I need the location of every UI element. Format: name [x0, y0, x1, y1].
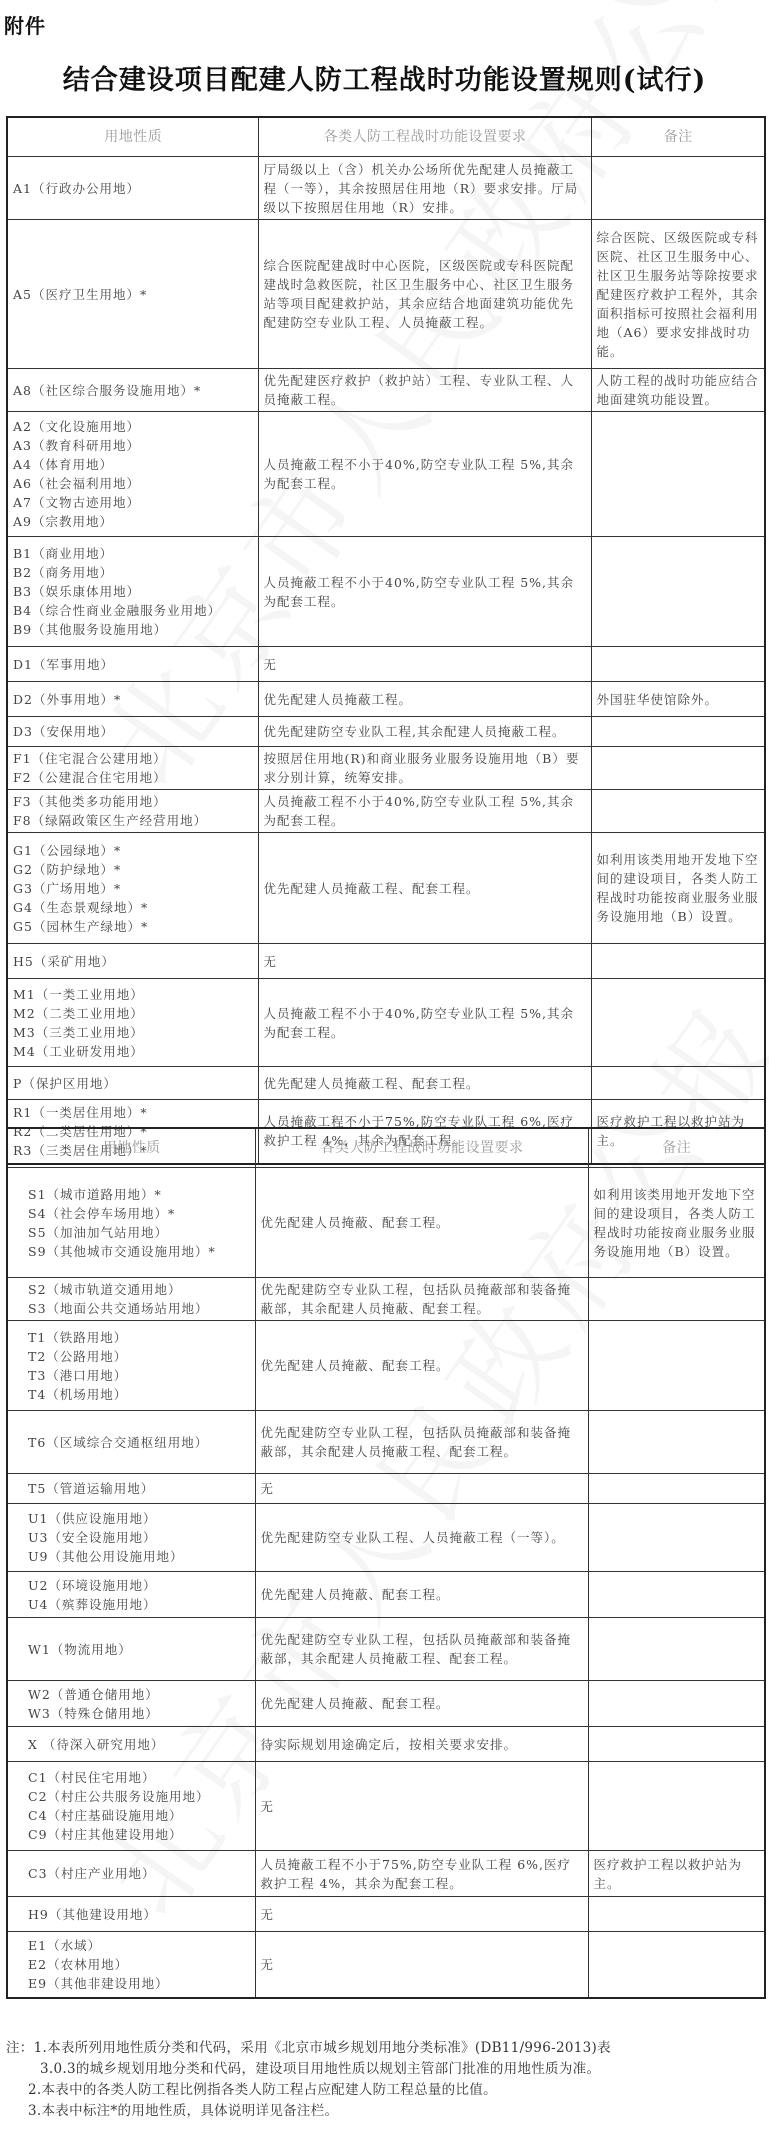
table-row: A1（行政办公用地）厅局级以上（含）机关办公场所优先配建人员掩蔽工程（一等），其…: [7, 157, 765, 220]
table-row: U1（供应设施用地）U3（安全设施用地）U9（其他公用设施用地）优先配建防空专业…: [7, 1504, 765, 1572]
requirement-cell: 按照居住用地(R)和商业服务业服务设施用地（B）要求分别计算，统筹安排。: [258, 747, 591, 790]
land-use-cell: C3（村庄产业用地）: [7, 1851, 255, 1897]
land-use-cell: H9（其他建设用地）: [7, 1897, 255, 1932]
rules-table-part2: 用地性质 各类人防工程战时功能设置要求 备注 S1（城市道路用地）*S4（社会停…: [6, 1127, 766, 1999]
land-use-code: H9（其他建设用地）: [28, 1905, 251, 1924]
land-use-cell: X （待深入研究用地）: [7, 1727, 255, 1762]
remark-cell: [588, 1897, 765, 1932]
land-use-code: D2（外事用地）*: [13, 690, 254, 709]
land-use-cell: D3（安保用地）: [7, 717, 258, 747]
land-use-cell: A2（文化设施用地）A3（教育科研用地）A4（体育用地）A6（社会福利用地）A7…: [7, 412, 258, 537]
land-use-code: U3（安全设施用地）: [28, 1528, 251, 1547]
header-remarks: 备注: [591, 117, 765, 157]
land-use-cell: G1（公园绿地）*G2（防护绿地）*G3（广场用地）*G4（生态景观绿地）*G5…: [7, 833, 258, 944]
remark-cell: [588, 1762, 765, 1851]
table-row: A2（文化设施用地）A3（教育科研用地）A4（体育用地）A6（社会福利用地）A7…: [7, 412, 765, 537]
land-use-cell: T1（铁路用地）T2（公路用地）T3（港口用地）T4（机场用地）: [7, 1321, 255, 1411]
table-body: S1（城市道路用地）*S4（社会停车场用地）*S5（加油加气站用地）S9（其他城…: [7, 1168, 765, 1998]
land-use-cell: F1（住宅混合公建用地）F2（公建混合住宅用地）: [7, 747, 258, 790]
requirement-cell: 人员掩蔽工程不小于40%,防空专业队工程 5%,其余为配套工程。: [258, 537, 591, 647]
remark-cell: [591, 1067, 765, 1100]
land-use-cell: W1（物流用地）: [7, 1618, 255, 1681]
requirement-cell: 优先配建医疗救护（救护站）工程、专业队工程、人员掩蔽工程。: [258, 369, 591, 412]
land-use-code: D1（军事用地）: [13, 655, 254, 674]
note-3: 3.本表中标注*的用地性质，具体说明详见备注栏。: [6, 2101, 766, 2122]
requirement-cell: 优先配建人员掩蔽工程、配套工程。: [258, 833, 591, 944]
requirement-cell: 无: [255, 1474, 588, 1504]
land-use-code: T3（港口用地）: [28, 1366, 251, 1385]
remark-cell: [591, 157, 765, 220]
land-use-cell: U2（环境设施用地）U4（殡葬设施用地）: [7, 1572, 255, 1618]
land-use-code: H5（采矿用地）: [13, 952, 254, 971]
land-use-cell: E1（水域）E2（农林用地）E9（其他非建设用地）: [7, 1932, 255, 1998]
land-use-code: P（保护区用地）: [13, 1074, 254, 1093]
requirement-cell: 优先配建防空专业队工程,其余配建人员掩蔽工程。: [258, 717, 591, 747]
table-row: W1（物流用地）优先配建防空专业队工程，包括队员掩蔽部和装备掩蔽部，其余配建人员…: [7, 1618, 765, 1681]
land-use-cell: H5（采矿用地）: [7, 944, 258, 979]
land-use-cell: W2（普通仓储用地）W3（特殊仓储用地）: [7, 1681, 255, 1727]
land-use-cell: D2（外事用地）*: [7, 682, 258, 717]
remark-cell: [588, 1618, 765, 1681]
requirement-cell: 综合医院配建战时中心医院，区级医院或专科医院配建战时急救医院，社区卫生服务中心、…: [258, 220, 591, 369]
header-land-use: 用地性质: [7, 117, 258, 157]
land-use-code: M2（二类工业用地）: [13, 1004, 254, 1023]
requirement-cell: 优先配建人员掩蔽、配套工程。: [255, 1321, 588, 1411]
land-use-code: W3（特殊仓储用地）: [28, 1704, 251, 1723]
remark-cell: [588, 1278, 765, 1321]
land-use-code: A1（行政办公用地）: [13, 179, 254, 198]
land-use-code: F1（住宅混合公建用地）: [13, 749, 254, 768]
land-use-cell: F3（其他类多功能用地）F8（绿隔政策区生产经营用地）: [7, 790, 258, 833]
land-use-code: C3（村庄产业用地）: [28, 1864, 251, 1883]
requirement-cell: 优先配建人员掩蔽、配套工程。: [255, 1572, 588, 1618]
remark-cell: [591, 537, 765, 647]
land-use-code: B1（商业用地）: [13, 544, 254, 563]
table-row: F1（住宅混合公建用地）F2（公建混合住宅用地）按照居住用地(R)和商业服务业服…: [7, 747, 765, 790]
land-use-code: C9（村庄其他建设用地）: [28, 1825, 251, 1844]
requirement-cell: 优先配建防空专业队工程、人员掩蔽工程（一等）。: [255, 1504, 588, 1572]
table-row: H9（其他建设用地）无: [7, 1897, 765, 1932]
land-use-code: G5（园林生产绿地）*: [13, 917, 254, 936]
requirement-cell: 无: [258, 647, 591, 682]
table-row: X （待深入研究用地）待实际规划用途确定后，按相关要求安排。: [7, 1727, 765, 1762]
remark-cell: [591, 412, 765, 537]
requirement-cell: 优先配建防空专业队工程，包括队员掩蔽部和装备掩蔽部，其余配建人员掩蔽、配套工程。: [255, 1278, 588, 1321]
requirement-cell: 无: [255, 1897, 588, 1932]
land-use-code: M4（工业研发用地）: [13, 1042, 254, 1061]
land-use-code: W1（物流用地）: [28, 1640, 251, 1659]
land-use-code: W2（普通仓储用地）: [28, 1685, 251, 1704]
requirement-cell: 优先配建人员掩蔽工程。: [258, 682, 591, 717]
land-use-code: U1（供应设施用地）: [28, 1509, 251, 1528]
remark-cell: [588, 1681, 765, 1727]
requirement-cell: 人员掩蔽工程不小于40%,防空专业队工程 5%,其余为配套工程。: [258, 979, 591, 1067]
land-use-code: F8（绿隔政策区生产经营用地）: [13, 811, 254, 830]
land-use-code: D3（安保用地）: [13, 722, 254, 741]
land-use-code: A4（体育用地）: [13, 455, 254, 474]
table-row: H5（采矿用地）无: [7, 944, 765, 979]
requirement-cell: 无: [255, 1932, 588, 1998]
land-use-code: R1（一类居住用地）*: [13, 1103, 254, 1122]
land-use-code: S3（地面公共交通场站用地）: [28, 1299, 251, 1318]
land-use-code: F3（其他类多功能用地）: [13, 792, 254, 811]
requirement-cell: 优先配建人员掩蔽工程、配套工程。: [258, 1067, 591, 1100]
land-use-code: U2（环境设施用地）: [28, 1576, 251, 1595]
requirement-cell: 人员掩蔽工程不小于40%,防空专业队工程 5%,其余为配套工程。: [258, 790, 591, 833]
land-use-cell: T5（管道运输用地）: [7, 1474, 255, 1504]
table-row: T1（铁路用地）T2（公路用地）T3（港口用地）T4（机场用地）优先配建人员掩蔽…: [7, 1321, 765, 1411]
land-use-code: U4（殡葬设施用地）: [28, 1595, 251, 1614]
land-use-code: C2（村庄公共服务设施用地）: [28, 1787, 251, 1806]
remark-cell: [588, 1727, 765, 1762]
remark-cell: 如利用该类用地开发地下空间的建设项目，各类人防工程战时功能按商业服务业服务设施用…: [591, 833, 765, 944]
land-use-code: E2（农林用地）: [28, 1955, 251, 1974]
land-use-cell: A5（医疗卫生用地）*: [7, 220, 258, 369]
requirement-cell: 无: [258, 944, 591, 979]
land-use-code: A6（社会福利用地）: [13, 474, 254, 493]
table-row: T5（管道运输用地）无: [7, 1474, 765, 1504]
land-use-code: G2（防护绿地）*: [13, 860, 254, 879]
table-row: P（保护区用地）优先配建人员掩蔽工程、配套工程。: [7, 1067, 765, 1100]
requirement-cell: 优先配建防空专业队工程，包括队员掩蔽部和装备掩蔽部，其余配建人员掩蔽工程、配套工…: [255, 1618, 588, 1681]
land-use-code: S5（加油加气站用地）: [28, 1223, 251, 1242]
land-use-code: A5（医疗卫生用地）*: [13, 285, 254, 304]
table-row: A5（医疗卫生用地）*综合医院配建战时中心医院，区级医院或专科医院配建战时急救医…: [7, 220, 765, 369]
table-row: U2（环境设施用地）U4（殡葬设施用地）优先配建人员掩蔽、配套工程。: [7, 1572, 765, 1618]
land-use-code: C4（村庄基础设施用地）: [28, 1806, 251, 1825]
table-body: A1（行政办公用地）厅局级以上（含）机关办公场所优先配建人员掩蔽工程（一等），其…: [7, 157, 765, 1164]
remark-cell: 外国驻华使馆除外。: [591, 682, 765, 717]
note-1: 注：1.本表所列用地性质分类和代码，采用《北京市城乡规划用地分类标准》(DB11…: [6, 2038, 766, 2059]
land-use-code: S1（城市道路用地）*: [28, 1185, 251, 1204]
land-use-cell: T6（区域综合交通枢纽用地）: [7, 1411, 255, 1474]
table-row: M1（一类工业用地）M2（二类工业用地）M3（三类工业用地）M4（工业研发用地）…: [7, 979, 765, 1067]
requirement-cell: 优先配建防空专业队工程，包括队员掩蔽部和装备掩蔽部，其余配建人员掩蔽工程、配套工…: [255, 1411, 588, 1474]
land-use-cell: B1（商业用地）B2（商务用地）B3（娱乐康体用地）B4（综合性商业金融服务业用…: [7, 537, 258, 647]
document-title: 结合建设项目配建人防工程战时功能设置规则(试行): [0, 58, 769, 97]
land-use-cell: S1（城市道路用地）*S4（社会停车场用地）*S5（加油加气站用地）S9（其他城…: [7, 1168, 255, 1278]
land-use-cell: D1（军事用地）: [7, 647, 258, 682]
land-use-code: C1（村民住宅用地）: [28, 1768, 251, 1787]
table-row: A8（社区综合服务设施用地）*优先配建医疗救护（救护站）工程、专业队工程、人员掩…: [7, 369, 765, 412]
remark-cell: [588, 1504, 765, 1572]
remark-cell: 人防工程的战时功能应结合地面建筑功能设置。: [591, 369, 765, 412]
land-use-code: A8（社区综合服务设施用地）*: [13, 381, 254, 400]
remark-cell: [591, 790, 765, 833]
requirement-cell: 人员掩蔽工程不小于40%,防空专业队工程 5%,其余为配套工程。: [258, 412, 591, 537]
land-use-cell: S2（城市轨道交通用地）S3（地面公共交通场站用地）: [7, 1278, 255, 1321]
table-row: T6（区域综合交通枢纽用地）优先配建防空专业队工程，包括队员掩蔽部和装备掩蔽部，…: [7, 1411, 765, 1474]
header-requirements: 各类人防工程战时功能设置要求: [258, 117, 591, 157]
remark-cell: [588, 1474, 765, 1504]
remark-cell: 医疗救护工程以救护站为主。: [588, 1851, 765, 1897]
land-use-cell: A1（行政办公用地）: [7, 157, 258, 220]
land-use-cell: C1（村民住宅用地）C2（村庄公共服务设施用地）C4（村庄基础设施用地）C9（村…: [7, 1762, 255, 1851]
land-use-code: A3（教育科研用地）: [13, 436, 254, 455]
table-row: D2（外事用地）*优先配建人员掩蔽工程。外国驻华使馆除外。: [7, 682, 765, 717]
remark-cell: 如利用该类用地开发地下空间的建设项目，各类人防工程战时功能按商业服务业服务设施用…: [588, 1168, 765, 1278]
header-land-use: 用地性质: [7, 1128, 255, 1168]
land-use-code: A9（宗教用地）: [13, 512, 254, 531]
land-use-code: F2（公建混合住宅用地）: [13, 768, 254, 787]
land-use-code: M1（一类工业用地）: [13, 985, 254, 1004]
table-row: B1（商业用地）B2（商务用地）B3（娱乐康体用地）B4（综合性商业金融服务业用…: [7, 537, 765, 647]
land-use-cell: M1（一类工业用地）M2（二类工业用地）M3（三类工业用地）M4（工业研发用地）: [7, 979, 258, 1067]
attachment-label: 附件: [4, 10, 46, 39]
remark-cell: [588, 1321, 765, 1411]
land-use-code: G1（公园绿地）*: [13, 841, 254, 860]
land-use-code: T1（铁路用地）: [28, 1328, 251, 1347]
land-use-code: B3（娱乐康体用地）: [13, 582, 254, 601]
land-use-code: S9（其他城市交通设施用地）*: [28, 1242, 251, 1261]
land-use-code: G4（生态景观绿地）*: [13, 898, 254, 917]
table-row: C3（村庄产业用地）人员掩蔽工程不小于75%,防空专业队工程 6%,医疗救护工程…: [7, 1851, 765, 1897]
remark-cell: 综合医院、区级医院或专科医院、社区卫生服务中心、社区卫生服务站等除按要求配建医疗…: [591, 220, 765, 369]
table-row: E1（水域）E2（农林用地）E9（其他非建设用地）无: [7, 1932, 765, 1998]
land-use-code: U9（其他公用设施用地）: [28, 1547, 251, 1566]
header-requirements: 各类人防工程战时功能设置要求: [255, 1128, 588, 1168]
table-row: G1（公园绿地）*G2（防护绿地）*G3（广场用地）*G4（生态景观绿地）*G5…: [7, 833, 765, 944]
table-row: D3（安保用地）优先配建防空专业队工程,其余配建人员掩蔽工程。: [7, 717, 765, 747]
land-use-code: T2（公路用地）: [28, 1347, 251, 1366]
land-use-code: B4（综合性商业金融服务业用地）: [13, 601, 254, 620]
land-use-code: T5（管道运输用地）: [28, 1479, 251, 1498]
table-row: C1（村民住宅用地）C2（村庄公共服务设施用地）C4（村庄基础设施用地）C9（村…: [7, 1762, 765, 1851]
requirement-cell: 待实际规划用途确定后，按相关要求安排。: [255, 1727, 588, 1762]
land-use-code: B2（商务用地）: [13, 563, 254, 582]
land-use-code: M3（三类工业用地）: [13, 1023, 254, 1042]
remark-cell: [588, 1411, 765, 1474]
requirement-cell: 无: [255, 1762, 588, 1851]
requirement-cell: 优先配建人员掩蔽、配套工程。: [255, 1168, 588, 1278]
land-use-code: S2（城市轨道交通用地）: [28, 1280, 251, 1299]
remark-cell: [588, 1572, 765, 1618]
land-use-code: T6（区域综合交通枢纽用地）: [28, 1433, 251, 1452]
table-header-row: 用地性质 各类人防工程战时功能设置要求 备注: [7, 117, 765, 157]
rules-table-part1: 用地性质 各类人防工程战时功能设置要求 备注 A1（行政办公用地）厅局级以上（含…: [6, 116, 766, 1165]
land-use-cell: A8（社区综合服务设施用地）*: [7, 369, 258, 412]
land-use-code: G3（广场用地）*: [13, 879, 254, 898]
land-use-code: E9（其他非建设用地）: [28, 1974, 251, 1993]
note-1-continued: 3.0.3的城乡规划用地分类和代码，建设项目用地性质以规划主管部门批准的用地性质…: [6, 2059, 766, 2080]
land-use-code: B9（其他服务设施用地）: [13, 620, 254, 639]
remark-cell: [591, 944, 765, 979]
remark-cell: [588, 1932, 765, 1998]
remark-cell: [591, 979, 765, 1067]
land-use-code: T4（机场用地）: [28, 1385, 251, 1404]
land-use-code: E1（水域）: [28, 1936, 251, 1955]
table-header-row: 用地性质 各类人防工程战时功能设置要求 备注: [7, 1128, 765, 1168]
table-row: W2（普通仓储用地）W3（特殊仓储用地）优先配建人员掩蔽、配套工程。: [7, 1681, 765, 1727]
land-use-code: S4（社会停车场用地）*: [28, 1204, 251, 1223]
remark-cell: [591, 747, 765, 790]
remark-cell: [591, 647, 765, 682]
table-row: D1（军事用地）无: [7, 647, 765, 682]
requirement-cell: 厅局级以上（含）机关办公场所优先配建人员掩蔽工程（一等），其余按照居住用地（R）…: [258, 157, 591, 220]
remark-cell: [591, 717, 765, 747]
table-row: S2（城市轨道交通用地）S3（地面公共交通场站用地）优先配建防空专业队工程，包括…: [7, 1278, 765, 1321]
land-use-cell: P（保护区用地）: [7, 1067, 258, 1100]
footnotes: 注：1.本表所列用地性质分类和代码，采用《北京市城乡规划用地分类标准》(DB11…: [6, 2038, 766, 2122]
requirement-cell: 人员掩蔽工程不小于75%,防空专业队工程 6%,医疗救护工程 4%，其余为配套工…: [255, 1851, 588, 1897]
land-use-code: A2（文化设施用地）: [13, 417, 254, 436]
land-use-cell: U1（供应设施用地）U3（安全设施用地）U9（其他公用设施用地）: [7, 1504, 255, 1572]
note-2: 2.本表中的各类人防工程比例指各类人防工程占应配建人防工程总量的比值。: [6, 2080, 766, 2101]
header-remarks: 备注: [588, 1128, 765, 1168]
table-row: F3（其他类多功能用地）F8（绿隔政策区生产经营用地）人员掩蔽工程不小于40%,…: [7, 790, 765, 833]
requirement-cell: 优先配建人员掩蔽、配套工程。: [255, 1681, 588, 1727]
table-row: S1（城市道路用地）*S4（社会停车场用地）*S5（加油加气站用地）S9（其他城…: [7, 1168, 765, 1278]
land-use-code: X （待深入研究用地）: [28, 1735, 251, 1754]
land-use-code: A7（文物古迹用地）: [13, 493, 254, 512]
